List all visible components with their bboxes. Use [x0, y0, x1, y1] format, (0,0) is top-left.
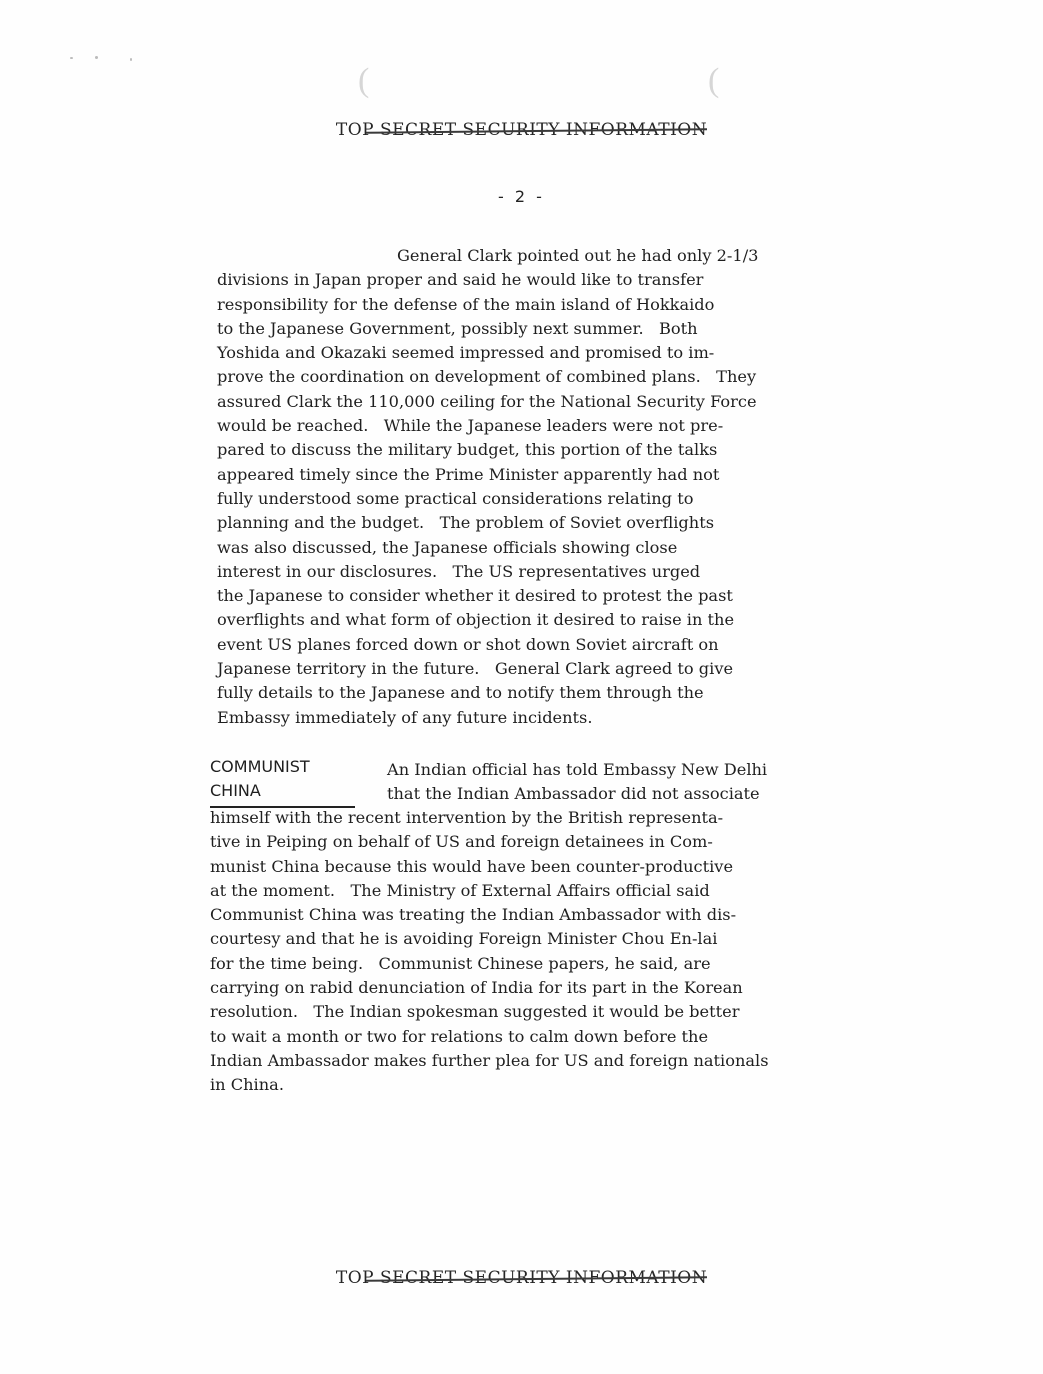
text-line: in China. — [210, 1073, 769, 1097]
text-line: the Japanese to consider whether it desi… — [217, 584, 758, 608]
binder-hole-mark-left: ( — [358, 62, 369, 100]
text-line: assured Clark the 110,000 ceiling for th… — [217, 390, 758, 414]
header-classification-marking: TOP SECRET SECURITY INFORMATION — [0, 120, 1043, 140]
footer-classification-text: TOP SECRET SECURITY INFORMATION — [336, 1268, 707, 1288]
scan-speck — [95, 56, 98, 59]
text-line: to the Japanese Government, possibly nex… — [217, 317, 758, 341]
text-line: tive in Peiping on behalf of US and fore… — [210, 830, 769, 854]
text-line: Indian Ambassador makes further plea for… — [210, 1049, 769, 1073]
text-line: appeared timely since the Prime Minister… — [217, 463, 758, 487]
text-line: that the Indian Ambassador did not assoc… — [387, 782, 767, 806]
text-line: at the moment. The Ministry of External … — [210, 879, 769, 903]
scan-speck — [130, 58, 132, 61]
header-classification-text: TOP SECRET SECURITY INFORMATION — [336, 120, 707, 140]
text-line: overflights and what form of objection i… — [217, 608, 758, 632]
text-line: carrying on rabid denunciation of India … — [210, 976, 769, 1000]
text-line: fully details to the Japanese and to not… — [217, 681, 758, 705]
text-line: Yoshida and Okazaki seemed impressed and… — [217, 341, 758, 365]
text-line: fully understood some practical consider… — [217, 487, 758, 511]
text-line: pared to discuss the military budget, th… — [217, 438, 758, 462]
section-heading-line-2: CHINA — [210, 779, 355, 803]
text-line: Communist China was treating the Indian … — [210, 903, 769, 927]
paragraph-japan-talks: General Clark pointed out he had only 2-… — [217, 244, 758, 730]
text-line: divisions in Japan proper and said he wo… — [217, 268, 758, 292]
text-line: himself with the recent intervention by … — [210, 806, 769, 830]
paragraph-communist-china-intro: An Indian official has told Embassy New … — [387, 758, 767, 807]
footer-classification-marking: TOP SECRET SECURITY INFORMATION — [0, 1268, 1043, 1288]
text-line: to wait a month or two for relations to … — [210, 1025, 769, 1049]
text-line: was also discussed, the Japanese officia… — [217, 536, 758, 560]
text-line: responsibility for the defense of the ma… — [217, 293, 758, 317]
text-line: General Clark pointed out he had only 2-… — [217, 244, 758, 268]
paragraph-communist-china-body: himself with the recent intervention by … — [210, 806, 769, 1098]
text-line: Embassy immediately of any future incide… — [217, 706, 758, 730]
text-line: prove the coordination on development of… — [217, 365, 758, 389]
text-line: planning and the budget. The problem of … — [217, 511, 758, 535]
scan-speck — [70, 57, 73, 59]
binder-hole-mark-right: ( — [708, 62, 719, 100]
text-line: for the time being. Communist Chinese pa… — [210, 952, 769, 976]
text-line: resolution. The Indian spokesman suggest… — [210, 1000, 769, 1024]
text-line: would be reached. While the Japanese lea… — [217, 414, 758, 438]
text-line: interest in our disclosures. The US repr… — [217, 560, 758, 584]
text-line: courtesy and that he is avoiding Foreign… — [210, 927, 769, 951]
page-number: - 2 - — [0, 187, 1043, 206]
document-page: ( ( TOP SECRET SECURITY INFORMATION - 2 … — [0, 0, 1043, 1374]
text-line: munist China because this would have bee… — [210, 855, 769, 879]
text-line: Japanese territory in the future. Genera… — [217, 657, 758, 681]
section-heading-communist-china: COMMUNIST CHINA — [210, 755, 355, 808]
text-line: An Indian official has told Embassy New … — [387, 758, 767, 782]
text-line: event US planes forced down or shot down… — [217, 633, 758, 657]
section-heading-line-1: COMMUNIST — [210, 755, 355, 779]
